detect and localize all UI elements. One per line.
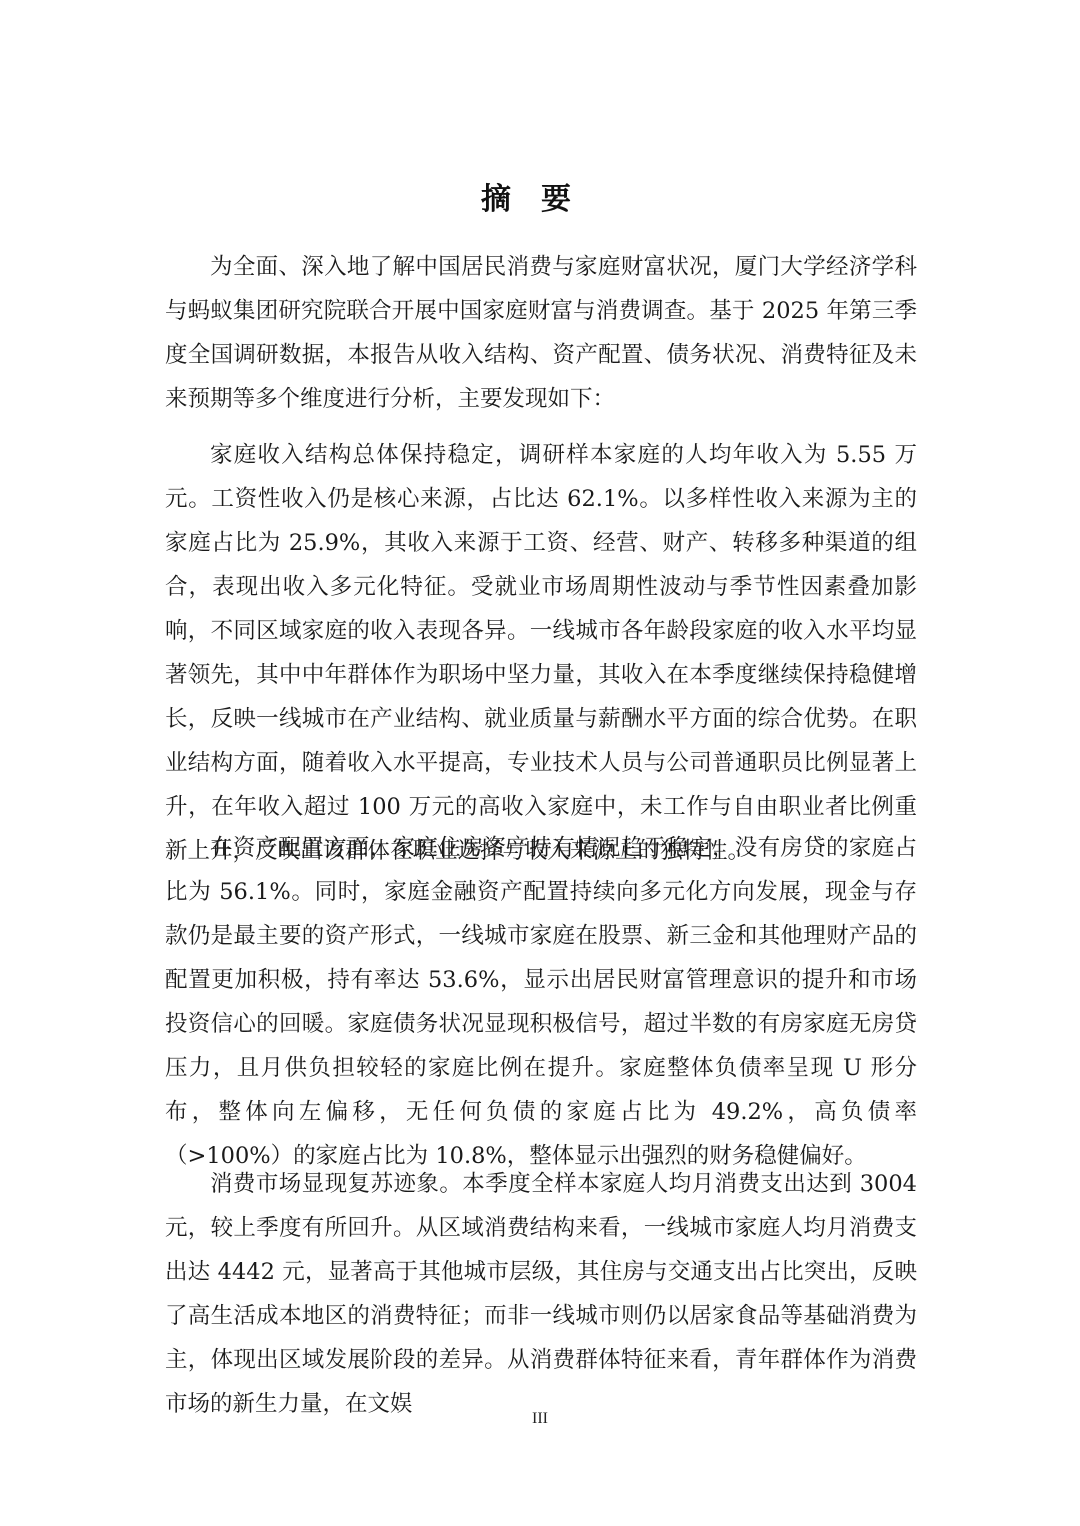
paragraph-income: 家庭收入结构总体保持稳定，调研样本家庭的人均年收入为 5.55 万元。工资性收入… <box>165 433 917 873</box>
paragraph-intro: 为全面、深入地了解中国居民消费与家庭财富状况，厦门大学经济学科与蚂蚁集团研究院联… <box>165 245 917 421</box>
paragraph-consumption: 消费市场显现复苏迹象。本季度全样本家庭人均月消费支出达到 3004 元，较上季度… <box>165 1162 917 1426</box>
page-number: III <box>0 1410 1080 1428</box>
section-title: 摘要 <box>165 178 917 222</box>
paragraph-assets: 在资产配置方面，家庭住房资产持有情况趋于稳定，没有房贷的家庭占比为 56.1%。… <box>165 826 917 1178</box>
